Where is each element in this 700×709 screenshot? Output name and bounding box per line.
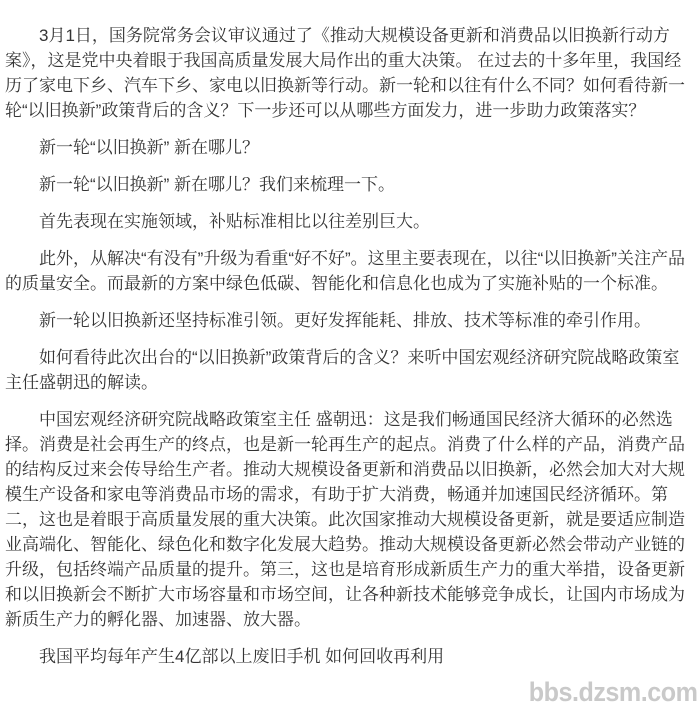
article-paragraph: 新一轮“以旧换新” 新在哪儿？我们来梳理一下。 (5, 172, 693, 197)
article-body: 3月1日，国务院常务会议审议通过了《推动大规模设备更新和消费品以旧换新行动方案》… (5, 23, 693, 681)
article-paragraph: 新一轮“以旧换新” 新在哪儿？ (5, 135, 693, 160)
article-paragraph: 中国宏观经济研究院战略政策室主任 盛朝迅：这是我们畅通国民经济大循环的必然选择。… (5, 407, 693, 632)
page: { "page": { "background": "#ffffff", "te… (0, 0, 700, 709)
article-paragraph: 此外，从解决“有没有”升级为看重“好不好”。这里主要表现在，以往“以旧换新”关注… (5, 246, 693, 296)
site-watermark: bbs.dzsm.com (529, 679, 698, 706)
article-paragraph: 首先表现在实施领域，补贴标准相比以往差别巨大。 (5, 209, 693, 234)
article-paragraph: 新一轮以旧换新还坚持标准引领。更好发挥能耗、排放、技术等标准的牵引作用。 (5, 308, 693, 333)
article-paragraph: 3月1日，国务院常务会议审议通过了《推动大规模设备更新和消费品以旧换新行动方案》… (5, 23, 693, 123)
article-paragraph: 如何看待此次出台的“以旧换新”政策背后的含义？来听中国宏观经济研究院战略政策室主… (5, 345, 693, 395)
article-paragraph: 我国平均每年产生4亿部以上废旧手机 如何回收再利用 (5, 644, 693, 669)
